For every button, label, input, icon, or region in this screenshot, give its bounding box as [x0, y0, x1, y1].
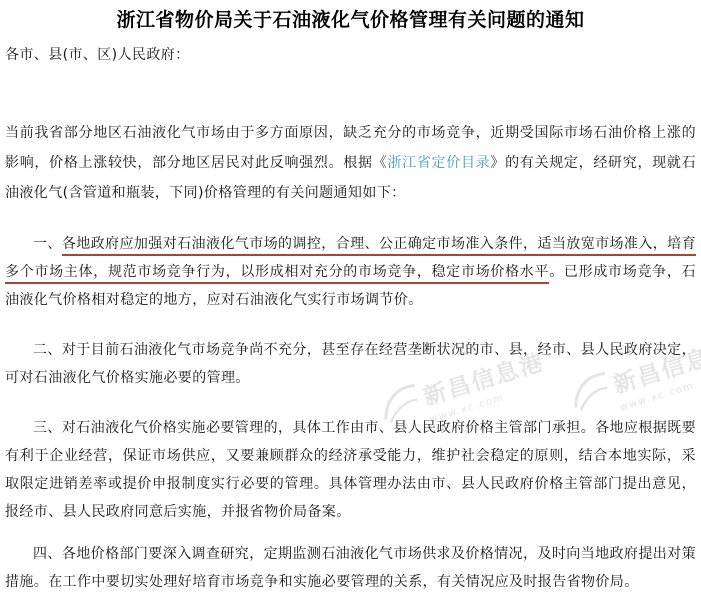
item-4-paragraph: 四、各地价格部门要深入调查研究，定期监测石油液化气市场供求及价格情况，及时向当地…	[5, 540, 696, 593]
item-2-text: 对于目前石油液化气市场竞争尚不充分，甚至存在经营垄断状况的市、县，经市、县人民政…	[5, 342, 696, 386]
item-2-number: 二、	[33, 342, 62, 358]
item-1-paragraph: 一、各地政府应加强对石油液化气市场的调控，合理、公正确定市场准入条件，适当放宽市…	[5, 230, 696, 314]
document-page: 新昌信息港 www.xc.com 新昌信息港 www.xc.com 浙江省物价局…	[0, 0, 701, 593]
pricing-catalog-link[interactable]: 浙江省定价目录	[387, 155, 490, 171]
intro-paragraph: 当前我省部分地区石油液化气市场由于多方面原因，缺乏充分的市场竞争，近期受国际市场…	[5, 118, 696, 208]
item-3-paragraph: 三、对石油液化气价格实施必要管理的，具体工作由市、县人民政府价格主管部门承担。各…	[5, 414, 696, 526]
item-3-text: 对石油液化气价格实施必要管理的，具体工作由市、县人民政府价格主管部门承担。各地应…	[5, 420, 696, 520]
item-4-number: 四、	[33, 546, 62, 562]
page-title: 浙江省物价局关于石油液化气价格管理有关问题的通知	[0, 0, 701, 32]
item-1-number: 一、	[33, 236, 62, 252]
item-2-paragraph: 二、对于目前石油液化气市场竞争尚不充分，甚至存在经营垄断状况的市、县，经市、县人…	[5, 336, 696, 392]
salutation: 各市、县(市、区)人民政府：	[5, 46, 696, 64]
item-3-number: 三、	[33, 420, 62, 436]
item-4-text: 各地价格部门要深入调查研究，定期监测石油液化气市场供求及价格情况，及时向当地政府…	[5, 546, 696, 590]
